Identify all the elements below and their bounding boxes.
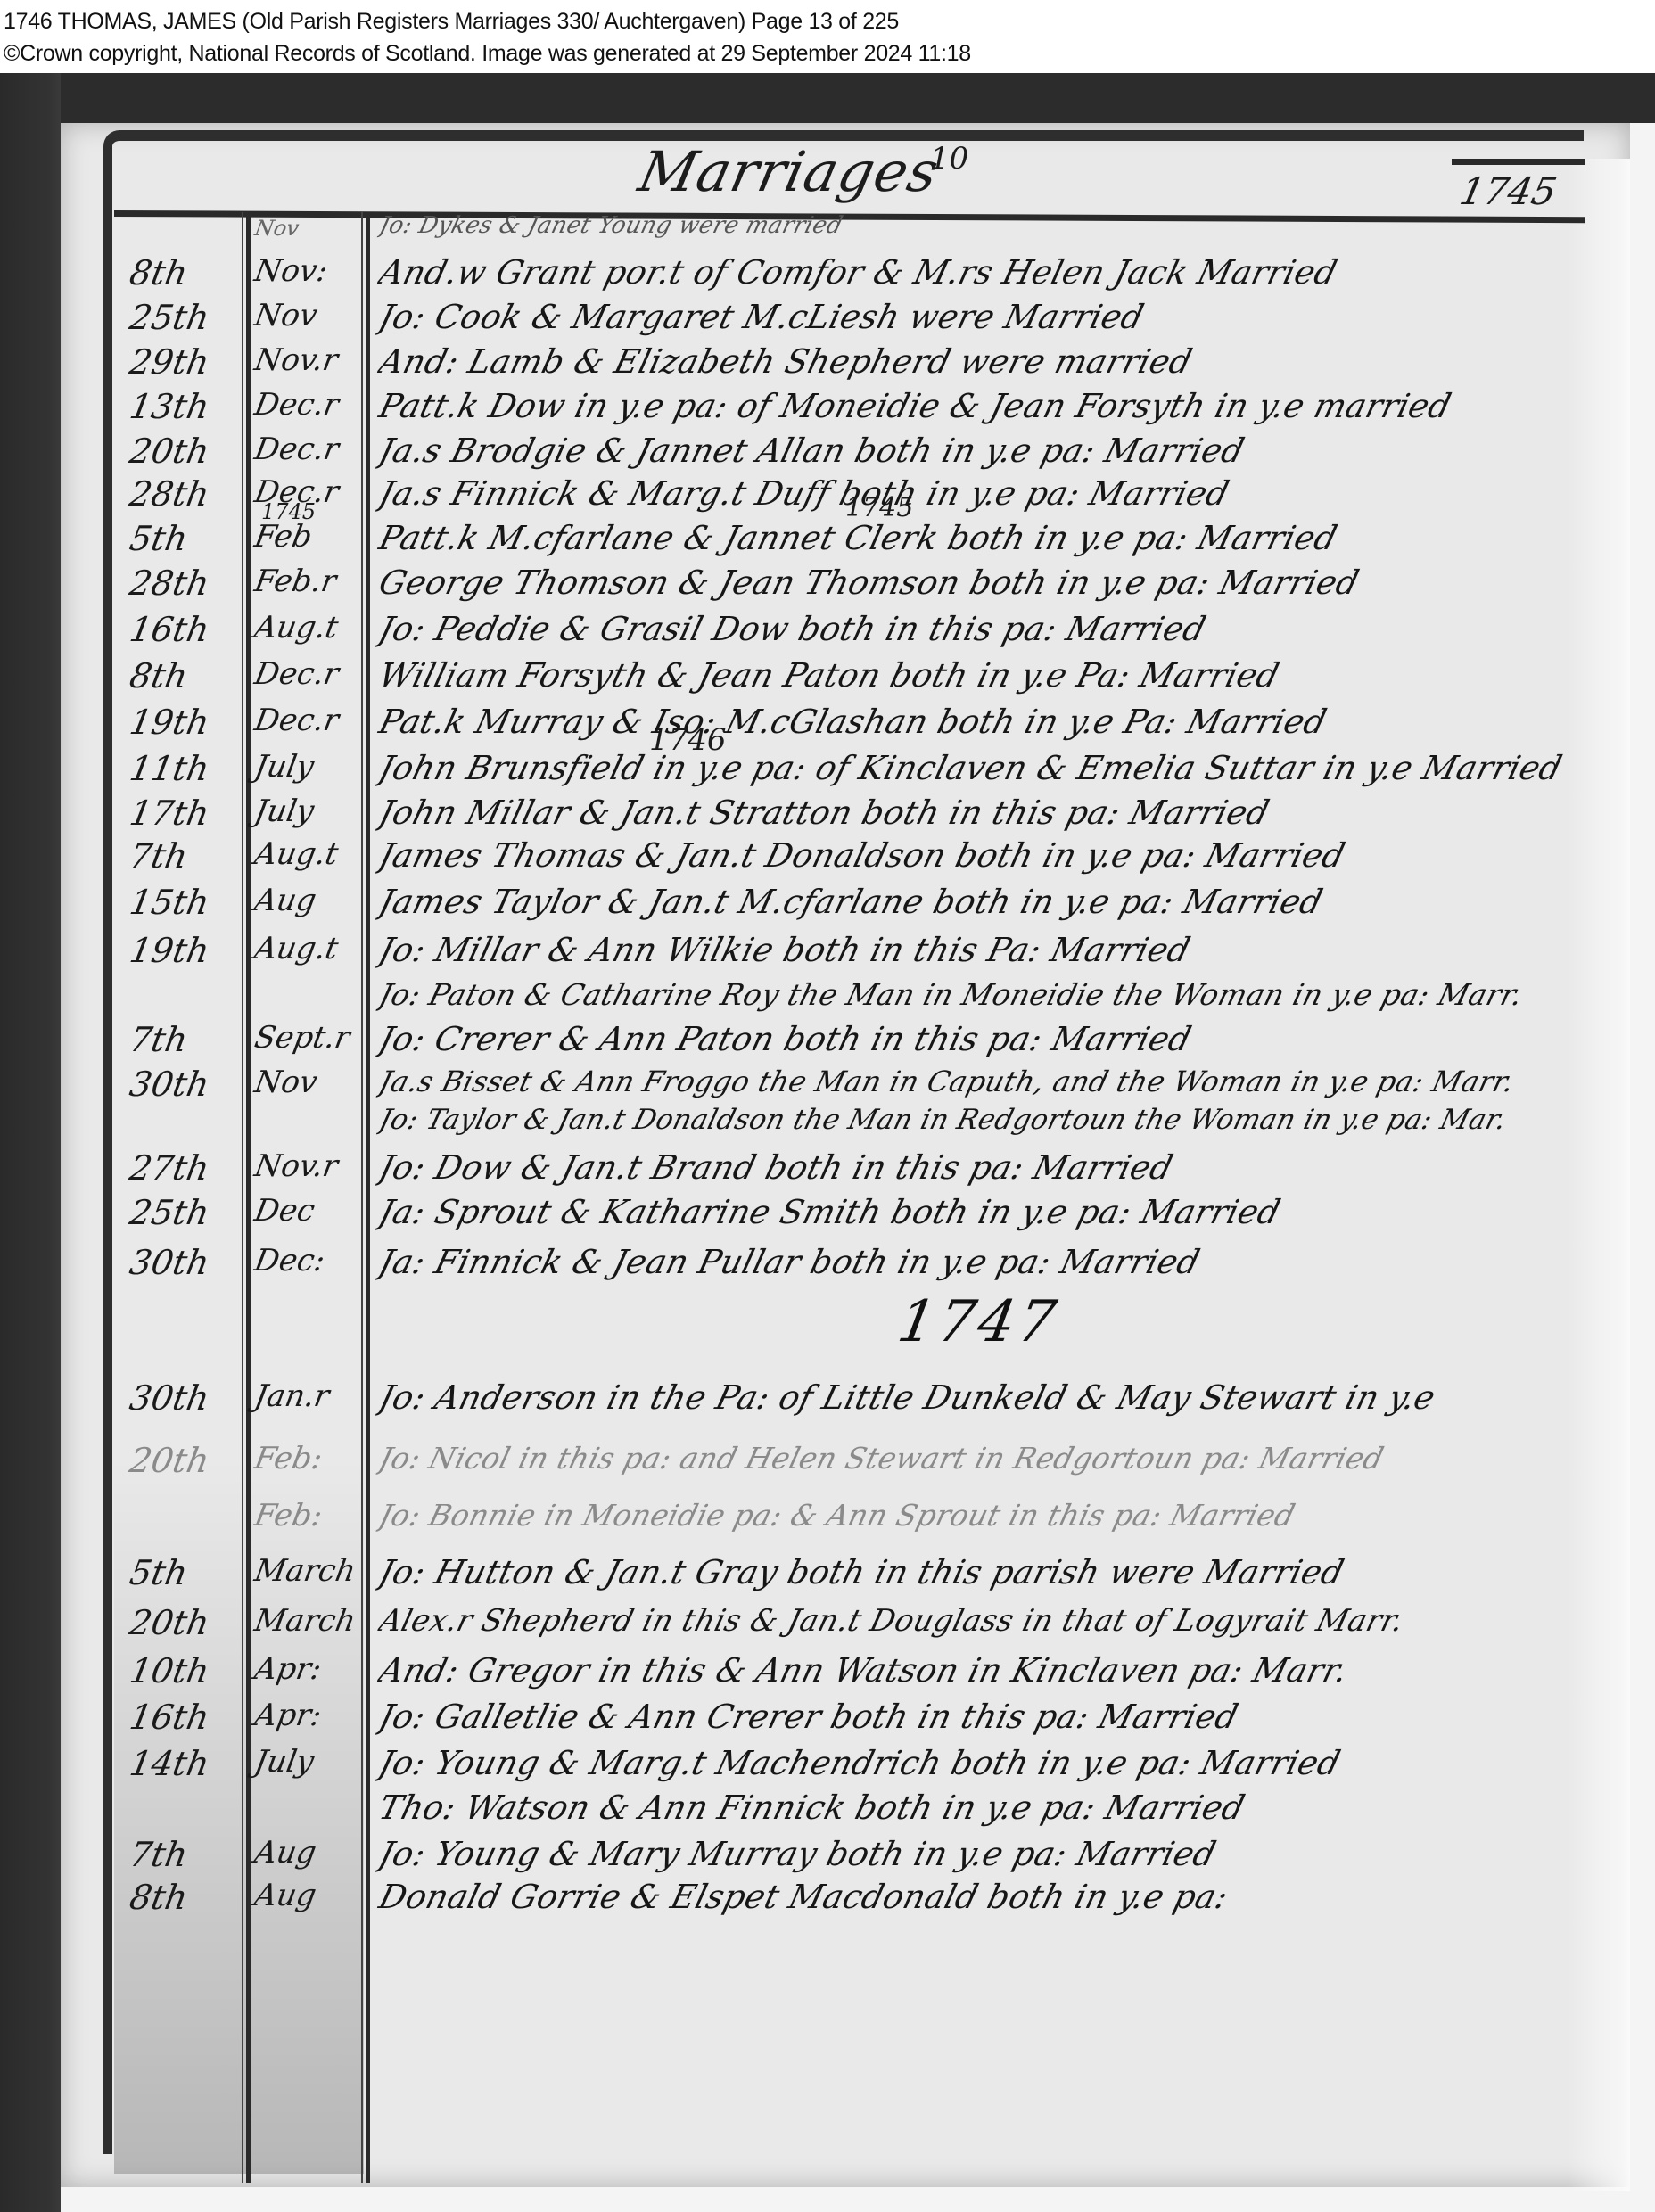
register-entry: 29th Nov.r And: Lamb & Elizabeth Shepher… — [61, 342, 1630, 385]
register-entry: Feb: Jo: Bonnie in Moneidie pa: & Ann Sp… — [61, 1498, 1630, 1541]
register-entry: 10th Apr: And: Gregor in this & Ann Wats… — [61, 1651, 1630, 1694]
register-entry: 7th Aug.t James Thomas & Jan.t Donaldson… — [61, 836, 1630, 879]
register-entry: 30th Jan.r Jo: Anderson in the Pa: of Li… — [61, 1378, 1630, 1421]
register-entry: Nov Jo: Dykes & Janet Young were married — [61, 216, 1630, 259]
register-entry: 5th March Jo: Hutton & Jan.t Gray both i… — [61, 1553, 1630, 1596]
register-entry: 15th Aug James Taylor & Jan.t M.cfarlane… — [61, 883, 1630, 925]
register-entry: 25th Dec Ja: Sprout & Katharine Smith bo… — [61, 1193, 1630, 1236]
register-entry: 20th Feb: Jo: Nicol in this pa: and Hele… — [61, 1441, 1630, 1484]
record-header: 1746 THOMAS, JAMES (Old Parish Registers… — [0, 0, 1655, 73]
register-entry: 13th Dec.r Patt.k Dow in y.e pa: of Mone… — [61, 387, 1630, 430]
register-page: Marriages 10 1745 Nov Jo: Dykes & Janet … — [61, 123, 1630, 2187]
register-entry: 17th July John Millar & Jan.t Stratton b… — [61, 794, 1630, 836]
record-title: 1746 THOMAS, JAMES (Old Parish Registers… — [4, 5, 1655, 37]
copyright-line: ©Crown copyright, National Records of Sc… — [4, 37, 1655, 70]
register-entry: 25th Nov Jo: Cook & Margaret M.cLiesh we… — [61, 298, 1630, 341]
register-entry: 19th Dec.r Pat.k Murray & Iso: M.cGlasha… — [61, 703, 1630, 745]
register-entry: Jo: Paton & Catharine Roy the Man in Mon… — [61, 977, 1630, 1020]
year-heading-1747: 1747 — [893, 1289, 1064, 1355]
register-entry: 30th Nov Ja.s Bisset & Ann Froggo the Ma… — [61, 1065, 1630, 1107]
register-entry: 28th Feb.r George Thomson & Jean Thomson… — [61, 563, 1630, 606]
register-entry: 14th July Jo: Young & Marg.t Machendrich… — [61, 1744, 1630, 1787]
register-entry: 16th Apr: Jo: Galletlie & Ann Crerer bot… — [61, 1698, 1630, 1740]
register-entry: 19th Aug.t Jo: Millar & Ann Wilkie both … — [61, 931, 1630, 974]
register-entry: 1746 11th July John Brunsfield in y.e pa… — [61, 749, 1630, 792]
register-entry: 1745 1745 5th Feb Patt.k M.cfarlane & Ja… — [61, 519, 1630, 562]
scan-border-left — [0, 73, 61, 2212]
register-entry: 7th Sept.r Jo: Crerer & Ann Paton both i… — [61, 1020, 1630, 1063]
register-entry: 8th Dec.r William Forsyth & Jean Paton b… — [61, 656, 1630, 699]
entry-list: Nov Jo: Dykes & Janet Young were married… — [61, 123, 1630, 2187]
register-entry: 27th Nov.r Jo: Dow & Jan.t Brand both in… — [61, 1148, 1630, 1191]
register-entry: 30th Dec: Ja: Finnick & Jean Pullar both… — [61, 1243, 1630, 1286]
register-entry: 7th Aug Jo: Young & Mary Murray both in … — [61, 1835, 1630, 1878]
register-entry: 8th Aug Donald Gorrie & Elspet Macdonald… — [61, 1878, 1630, 1920]
register-entry: 8th Nov: And.w Grant por.t of Comfor & M… — [61, 253, 1630, 296]
register-scan: Marriages 10 1745 Nov Jo: Dykes & Janet … — [0, 73, 1655, 2212]
register-entry: 16th Aug.t Jo: Peddie & Grasil Dow both … — [61, 610, 1630, 653]
scan-border-top — [0, 73, 1655, 123]
register-entry: Jo: Taylor & Jan.t Donaldson the Man in … — [61, 1104, 1630, 1147]
register-entry: Tho: Watson & Ann Finnick both in y.e pa… — [61, 1789, 1630, 1831]
register-entry: 20th March Alex.r Shepherd in this & Jan… — [61, 1603, 1630, 1646]
register-entry: 20th Dec.r Ja.s Brodgie & Jannet Allan b… — [61, 432, 1630, 474]
